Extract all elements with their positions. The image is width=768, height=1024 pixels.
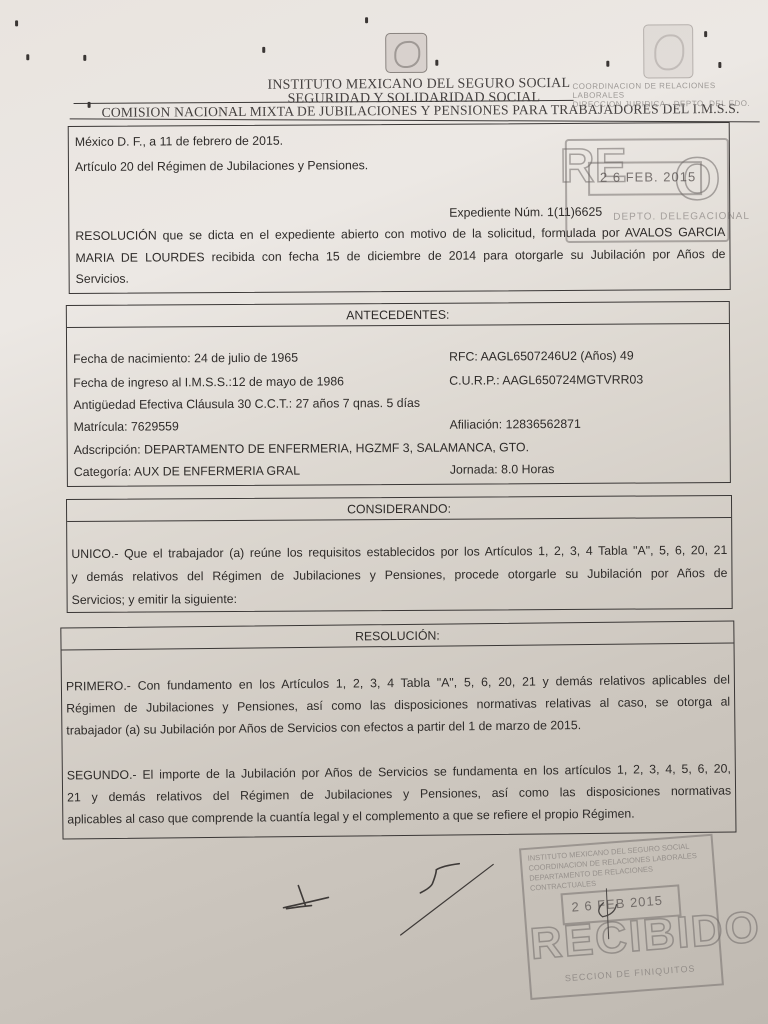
document-page: INSTITUTO MEXICANO DEL SEGURO SOCIAL SEG… [0, 0, 768, 1024]
handwritten-signature [420, 864, 459, 893]
handwritten-signatures [0, 0, 768, 1024]
